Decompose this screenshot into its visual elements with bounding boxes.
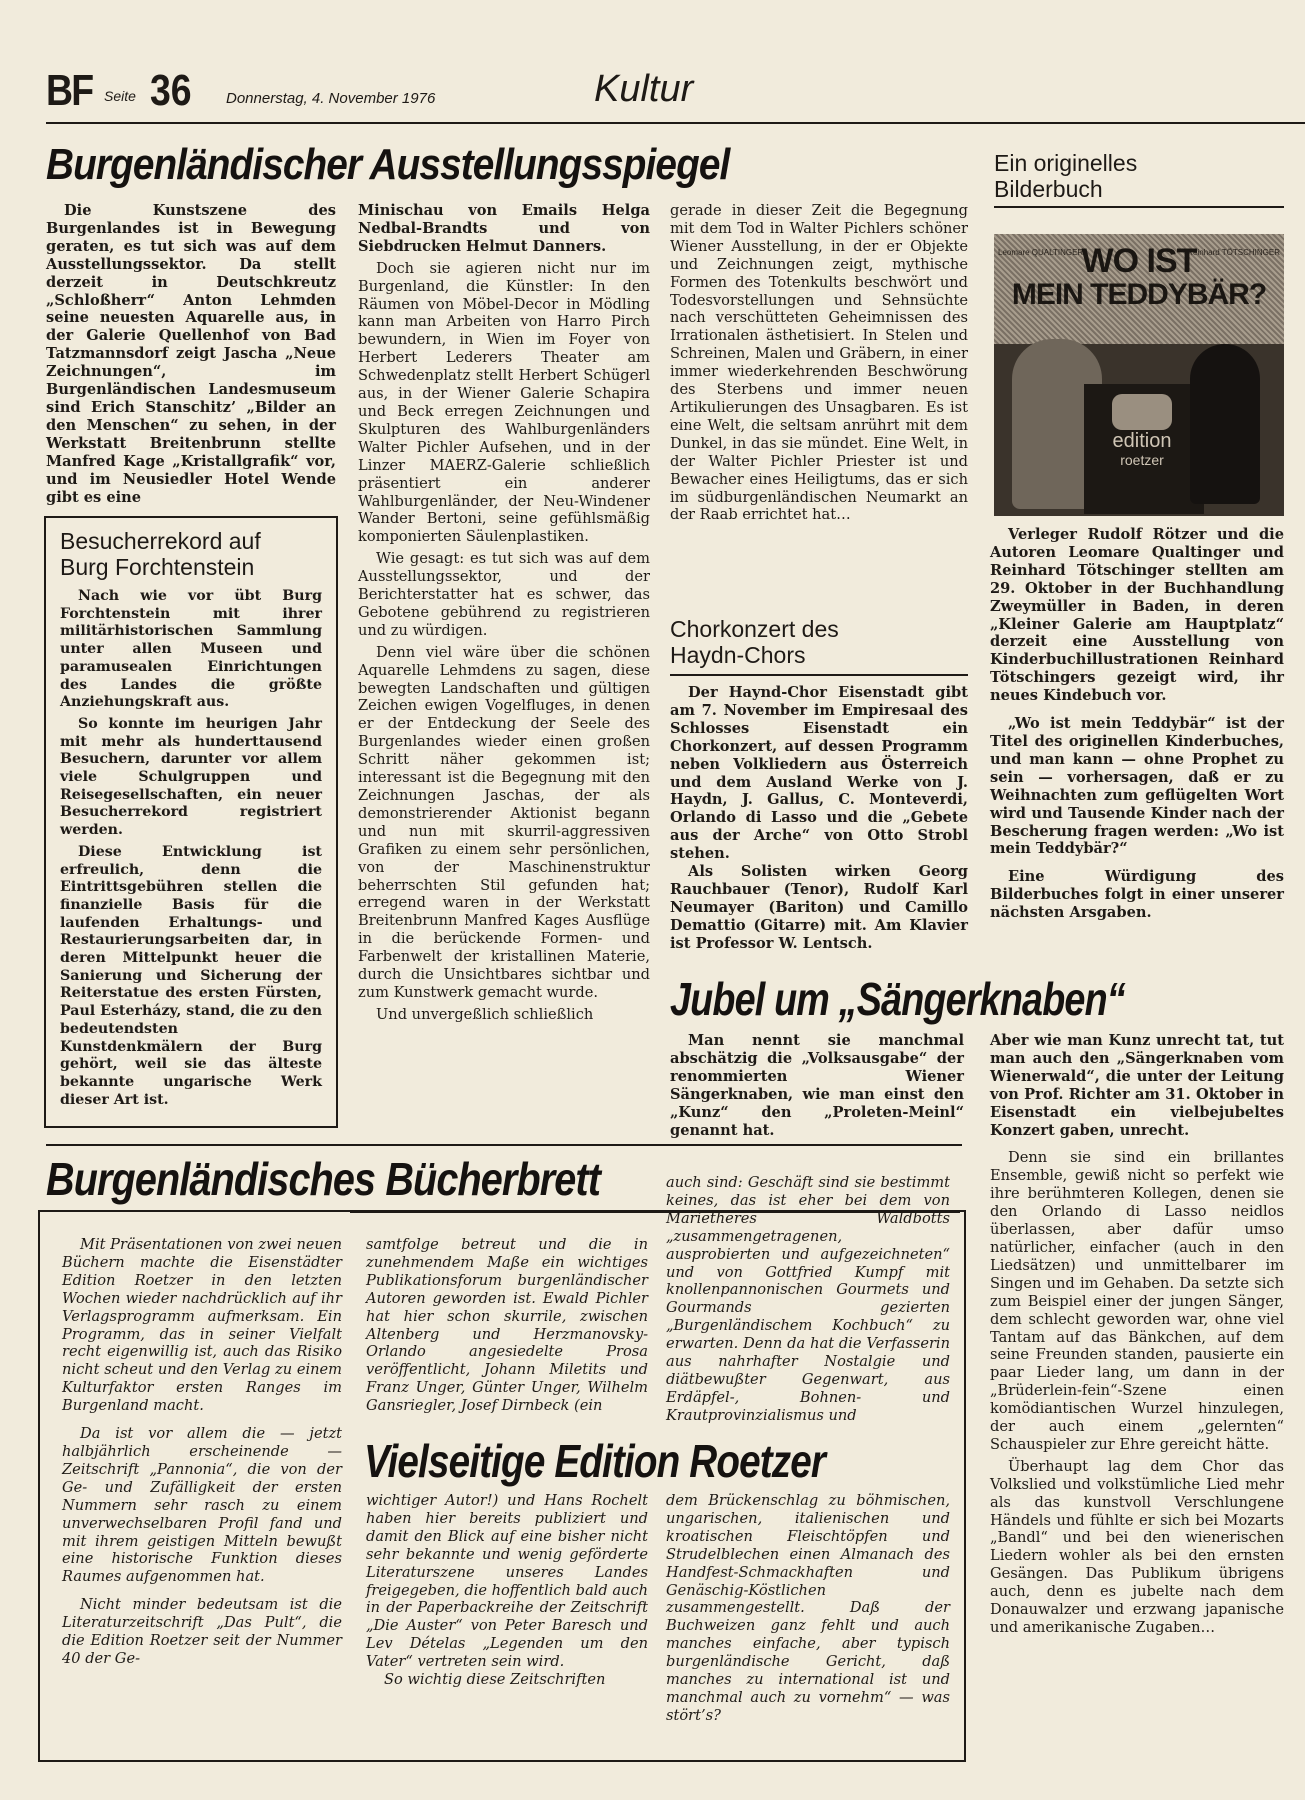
buecherbrett-col2-top: samtfolge betreut und die in zunehmendem… xyxy=(366,1236,648,1415)
headline-ausstellungsspiegel: Burgenländischer Ausstellungsspiegel xyxy=(46,140,729,190)
section-title: Kultur xyxy=(594,68,693,111)
paragraph: Der Haynd-Chor Eisenstadt gibt am 7. Nov… xyxy=(670,684,968,863)
bilderbuch-text: Verleger Rudolf Rötzer und die Autoren L… xyxy=(990,526,1284,922)
book-title-line1: WO IST xyxy=(994,242,1284,281)
paragraph: samtfolge betreut und die in zunehmendem… xyxy=(366,1236,648,1415)
paragraph: Man nennt sie manchmal abschätzig die „V… xyxy=(670,1032,964,1139)
paragraph: Minischau von Emails Helga Nedbal-Brandt… xyxy=(358,202,650,256)
buecherbrett-col3-bottom: dem Brückenschlag zu böhmischen, ungaris… xyxy=(666,1492,950,1725)
paragraph: Nicht minder bedeutsam ist die Literatur… xyxy=(62,1596,342,1668)
paragraph: Überhaupt lag dem Chor das Volkslied und… xyxy=(990,1458,1284,1637)
paragraph: Wie gesagt: es tut sich was auf dem Auss… xyxy=(358,550,650,640)
paragraph: Da ist vor allem die — jetzt halbjährlic… xyxy=(62,1425,342,1586)
masthead-rule xyxy=(46,122,1305,124)
paragraph: Nach wie vor übt Burg Forchtenstein mit … xyxy=(60,588,322,712)
article-ausstellung-col2: Minischau von Emails Helga Nedbal-Brandt… xyxy=(358,202,650,1024)
buecherbrett-col2-bottom: wichtiger Autor!) und Hans Rochelt haben… xyxy=(366,1492,648,1689)
saengerknaben-colB: Aber wie man Kunz unrecht tat, tut man a… xyxy=(990,1032,1284,1637)
paragraph: Als Solisten wirken Georg Rauchbauer (Te… xyxy=(670,863,968,953)
buecherbrett-col1: Mit Präsentationen von zwei neuen Bücher… xyxy=(62,1236,342,1668)
headline-buecherbrett: Burgenländisches Bücherbrett xyxy=(46,1152,600,1206)
masthead: BF Seite 36 Donnerstag, 4. November 1976… xyxy=(46,66,1305,116)
paragraph: auch sind: Geschäft sind sie bestimmt ke… xyxy=(666,1174,950,1425)
subheadline-edition-roetzer: Vielseitige Edition Roetzer xyxy=(364,1434,825,1488)
chest-emblem xyxy=(1112,394,1172,430)
subhead-forchtenstein: Besucherrekord auf Burg Forchtenstein xyxy=(60,528,310,580)
paragraph: Mit Präsentationen von zwei neuen Bücher… xyxy=(62,1236,342,1415)
paragraph: Denn sie sind ein brillantes Ensemble, g… xyxy=(990,1149,1284,1453)
article-ausstellung-col1: Die Kunstszene des Burgenlandes ist in B… xyxy=(46,202,336,506)
paragraph: Doch sie agieren nicht nur im Burgenland… xyxy=(358,260,650,547)
book-cover-photo: Leomare QUALTINGER Reinhard TÖTSCHINGER … xyxy=(994,234,1284,516)
paragraph: So konnte im heurigen Jahr mit mehr als … xyxy=(60,716,322,840)
paragraph: Diese Entwicklung ist erfreulich, denn d… xyxy=(60,844,322,1110)
page-label: Seite xyxy=(104,88,136,104)
book-title-line2: MEIN TEDDYBÄR? xyxy=(994,278,1284,312)
paragraph: Denn viel wäre über die schönen Aquarell… xyxy=(358,644,650,1002)
paragraph: Eine Würdigung des Bilderbuches folgt in… xyxy=(990,868,1284,922)
headline-saengerknaben: Jubel um „Sängerknaben“ xyxy=(670,972,1125,1026)
paragraph: wichtiger Autor!) und Hans Rochelt haben… xyxy=(366,1492,648,1671)
forchtenstein-text: Nach wie vor übt Burg Forchtenstein mit … xyxy=(60,588,322,1109)
subhead-chorkonzert: Chorkonzert des Haydn-Chors xyxy=(670,616,910,668)
paragraph: gerade in dieser Zeit die Begegnung mit … xyxy=(670,202,968,524)
buecherbrett-top-rule xyxy=(46,1144,962,1146)
issue-date: Donnerstag, 4. November 1976 xyxy=(226,90,435,107)
publisher-line2: roetzer xyxy=(1082,452,1202,468)
paragraph: Verleger Rudolf Rötzer und die Autoren L… xyxy=(990,526,1284,705)
paragraph: dem Brückenschlag zu böhmischen, ungaris… xyxy=(666,1492,950,1725)
paragraph: Aber wie man Kunz unrecht tat, tut man a… xyxy=(990,1032,1284,1139)
bilderbuch-rule xyxy=(994,206,1284,208)
article-ausstellung-col3: gerade in dieser Zeit die Begegnung mit … xyxy=(670,202,968,524)
saengerknaben-colA: Man nennt sie manchmal abschätzig die „V… xyxy=(670,1032,964,1139)
paper-logo: BF xyxy=(46,66,92,116)
subhead-bilderbuch: Ein originelles Bilderbuch xyxy=(994,150,1194,202)
paragraph: „Wo ist mein Teddybär“ ist der Titel des… xyxy=(990,715,1284,858)
chorkonzert-text: Der Haynd-Chor Eisenstadt gibt am 7. Nov… xyxy=(670,684,968,953)
page-number: 36 xyxy=(150,66,192,116)
figure-right xyxy=(1190,344,1260,504)
paragraph: Und unvergeßlich schließlich xyxy=(358,1006,650,1024)
paragraph: So wichtig diese Zeitschriften xyxy=(366,1671,648,1689)
publisher-line1: edition xyxy=(1082,432,1202,450)
buecherbrett-col3-top: auch sind: Geschäft sind sie bestimmt ke… xyxy=(666,1174,950,1425)
paragraph: Die Kunstszene des Burgenlandes ist in B… xyxy=(46,202,336,506)
chorkonzert-rule xyxy=(670,674,968,676)
